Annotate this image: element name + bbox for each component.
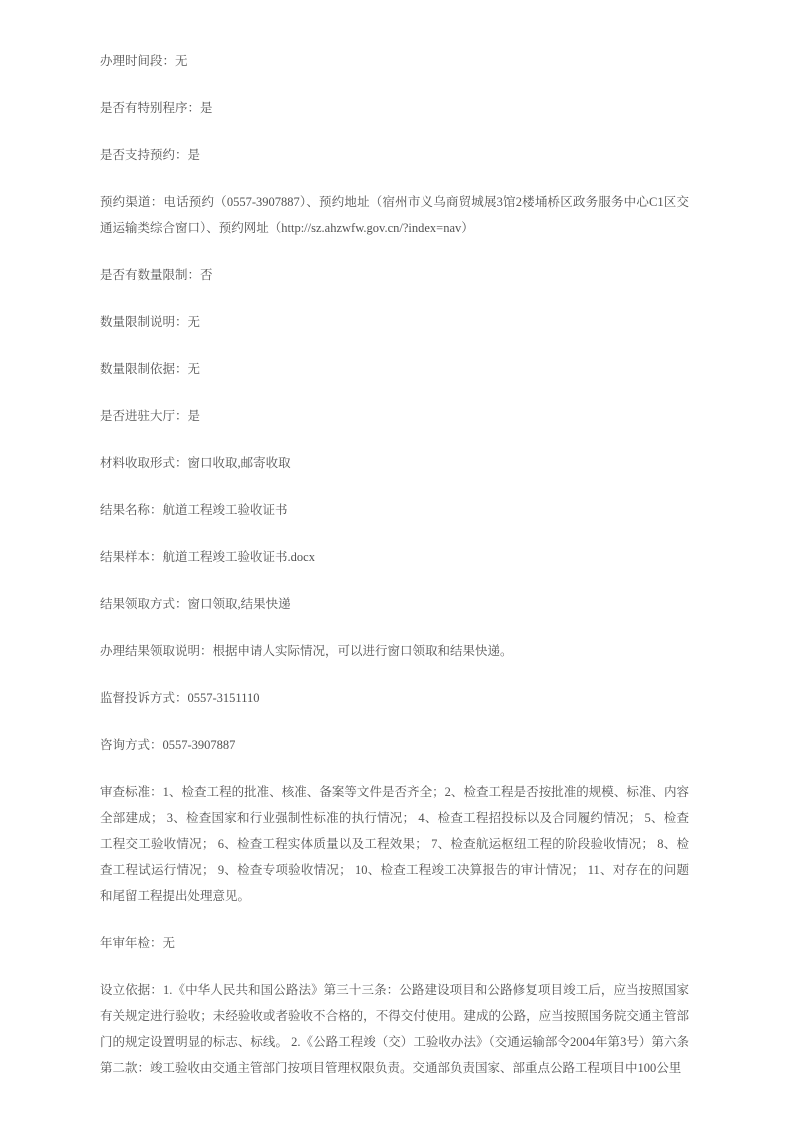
field-label: 结果样本： bbox=[100, 550, 163, 564]
field-label: 办理结果领取说明： bbox=[100, 644, 213, 658]
field-row-establishment-basis: 设立依据：1.《中华人民共和国公路法》第三十三条：公路建设项目和公路修复项目竣工… bbox=[100, 977, 689, 1081]
field-label: 是否有数量限制： bbox=[100, 268, 200, 282]
field-value: 否 bbox=[200, 268, 213, 282]
field-row-result-sample: 结果样本：航道工程竣工验收证书.docx bbox=[100, 544, 689, 570]
field-value: 无 bbox=[163, 936, 176, 950]
field-value: 是 bbox=[200, 101, 213, 115]
field-label: 结果名称： bbox=[100, 503, 163, 517]
field-row-appointment-supported: 是否支持预约：是 bbox=[100, 142, 689, 168]
field-value: 是 bbox=[188, 148, 201, 162]
field-label: 办理时间段： bbox=[100, 54, 175, 68]
field-row-material-collection-form: 材料收取形式：窗口收取,邮寄收取 bbox=[100, 450, 689, 476]
field-value: 航道工程竣工验收证书 bbox=[163, 503, 288, 517]
field-value: 0557-3151110 bbox=[188, 691, 260, 705]
field-label: 结果领取方式： bbox=[100, 597, 188, 611]
field-row-quantity-limit-basis: 数量限制依据：无 bbox=[100, 356, 689, 382]
field-value: 窗口收取,邮寄收取 bbox=[188, 456, 291, 470]
field-label: 设立依据： bbox=[100, 983, 163, 997]
field-label: 材料收取形式： bbox=[100, 456, 188, 470]
field-value: 窗口领取,结果快递 bbox=[188, 597, 291, 611]
field-value: 航道工程竣工验收证书.docx bbox=[163, 550, 315, 564]
field-row-special-procedure: 是否有特别程序：是 bbox=[100, 95, 689, 121]
field-row-result-pickup-method: 结果领取方式：窗口领取,结果快递 bbox=[100, 591, 689, 617]
field-value: 无 bbox=[188, 362, 201, 376]
field-row-handling-time-period: 办理时间段：无 bbox=[100, 48, 689, 74]
field-row-quantity-limit-note: 数量限制说明：无 bbox=[100, 309, 689, 335]
field-label: 预约渠道： bbox=[100, 195, 163, 209]
field-label: 是否支持预约： bbox=[100, 148, 188, 162]
field-row-in-service-hall: 是否进驻大厅：是 bbox=[100, 403, 689, 429]
field-row-review-standards: 审查标准：1、检查工程的批准、核准、备案等文件是否齐全；2、检查工程是否按批准的… bbox=[100, 779, 689, 909]
field-value: 是 bbox=[188, 409, 201, 423]
field-row-supervision-complaint-phone: 监督投诉方式：0557-3151110 bbox=[100, 685, 689, 711]
field-value: 电话预约（0557-3907887）、预约地址（宿州市义乌商贸城展3馆2楼埇桥区… bbox=[100, 195, 689, 235]
field-value: 无 bbox=[175, 54, 188, 68]
field-value: 0557-3907887 bbox=[163, 738, 236, 752]
field-row-consultation-phone: 咨询方式：0557-3907887 bbox=[100, 732, 689, 758]
field-label: 监督投诉方式： bbox=[100, 691, 188, 705]
document-page: 办理时间段：无 是否有特别程序：是 是否支持预约：是 预约渠道：电话预约（055… bbox=[0, 0, 793, 1122]
field-label: 审查标准： bbox=[100, 785, 163, 799]
field-label: 数量限制依据： bbox=[100, 362, 188, 376]
field-value: 1、检查工程的批准、核准、备案等文件是否齐全；2、检查工程是否按批准的规模、标准… bbox=[100, 785, 689, 903]
field-label: 是否进驻大厅： bbox=[100, 409, 188, 423]
field-row-appointment-channels: 预约渠道：电话预约（0557-3907887）、预约地址（宿州市义乌商贸城展3馆… bbox=[100, 189, 689, 241]
field-row-result-pickup-note: 办理结果领取说明：根据申请人实际情况，可以进行窗口领取和结果快递。 bbox=[100, 638, 689, 664]
field-row-annual-inspection: 年审年检：无 bbox=[100, 930, 689, 956]
field-value: 1.《中华人民共和国公路法》第三十三条：公路建设项目和公路修复项目竣工后，应当按… bbox=[100, 983, 689, 1075]
field-label: 咨询方式： bbox=[100, 738, 163, 752]
field-label: 是否有特别程序： bbox=[100, 101, 200, 115]
field-label: 数量限制说明： bbox=[100, 315, 188, 329]
field-row-quantity-limit: 是否有数量限制：否 bbox=[100, 262, 689, 288]
field-value: 无 bbox=[188, 315, 201, 329]
field-row-result-name: 结果名称：航道工程竣工验收证书 bbox=[100, 497, 689, 523]
field-value: 根据申请人实际情况，可以进行窗口领取和结果快递。 bbox=[213, 644, 513, 658]
field-label: 年审年检： bbox=[100, 936, 163, 950]
